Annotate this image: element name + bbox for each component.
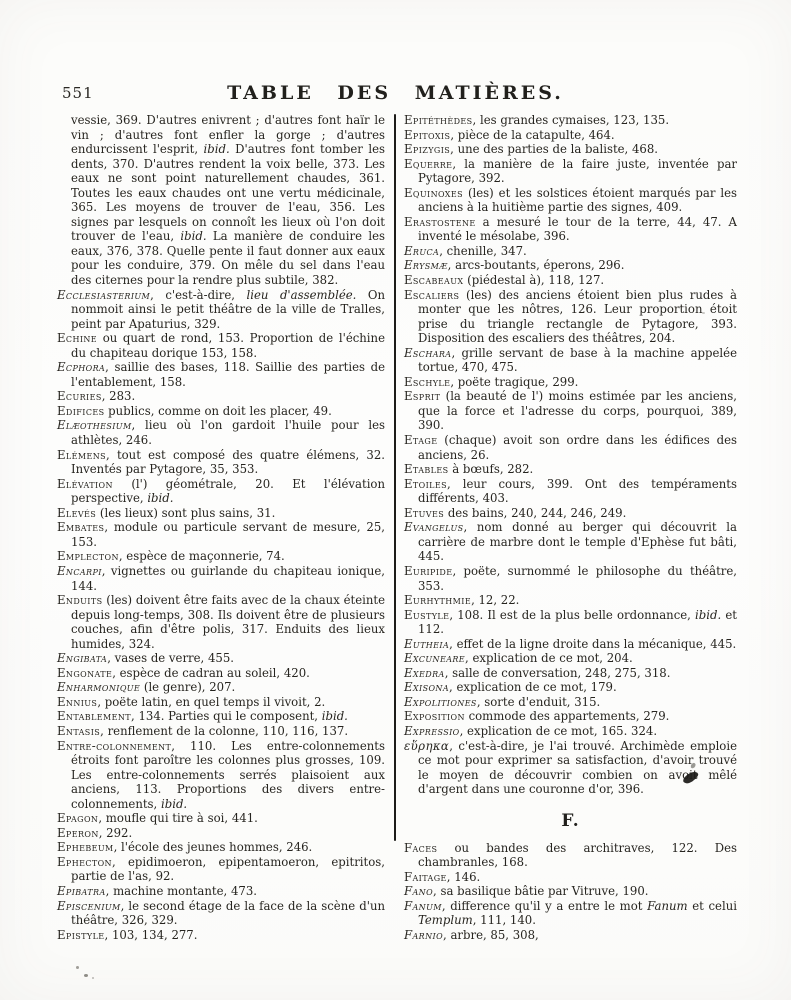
index-entry: Echine ou quart de rond, 153. Proportion… <box>57 331 385 360</box>
index-entry: Enduits (les) doivent être faits avec de… <box>57 593 385 651</box>
entry-text: , c'est-à-dire, je l'ai trouvé. Archimèd… <box>418 739 737 797</box>
index-entry: Etage (chaque) avoit son ordre dans les … <box>404 433 737 462</box>
entry-text: , pièce de la catapulte, 464. <box>450 128 614 142</box>
entry-text: lieu d'assemblée. <box>247 288 357 302</box>
entry-headword: Eschara <box>404 346 452 360</box>
entry-headword: Fanum <box>404 899 442 913</box>
index-entry: Exedra, salle de conversation, 248, 275,… <box>404 666 737 681</box>
entry-headword: Exedra <box>404 666 445 680</box>
entry-headword: Excuneare <box>404 651 465 665</box>
entry-text: ibid. <box>161 797 187 811</box>
index-entry: Ephecton, epidimoeron, epipentamoeron, e… <box>57 855 385 884</box>
index-entry: Etoiles, leur cours, 399. Ont des tempér… <box>404 477 737 506</box>
entry-headword: Ecuries <box>57 389 102 403</box>
entry-text: , explication de ce mot, 165. 324. <box>460 724 657 738</box>
entry-text: (les) et les solstices étoient marqués p… <box>418 186 737 215</box>
column-divider-rule <box>394 114 396 841</box>
index-entry: Ecuries, 283. <box>57 389 385 404</box>
entry-text: ou bandes des architraves, 122. Des cham… <box>418 841 737 870</box>
entry-text: (la beauté de l') moins estimée par les … <box>418 389 737 432</box>
index-entry: Faitage, 146. <box>404 870 737 885</box>
entry-text: , tout est composé des quatre élémens, 3… <box>71 448 385 477</box>
entry-text: , les grandes cymaises, 123, 135. <box>473 113 670 127</box>
index-entry: Entasis, renflement de la colonne, 110, … <box>57 724 385 739</box>
index-entry: Equerre, la manière de la faire juste, i… <box>404 157 737 186</box>
entry-text: (le genre), 207. <box>140 680 235 694</box>
index-entry: Epibatra, machine montante, 473. <box>57 884 385 899</box>
entry-headword: Epizygis <box>404 142 450 156</box>
entry-text: des bains, 240, 244, 246, 249. <box>444 506 626 520</box>
entry-text: , 111, 140. <box>473 913 536 927</box>
index-entry: Engibata, vases de verre, 455. <box>57 651 385 666</box>
entry-headword: Etuves <box>404 506 444 520</box>
entry-text: , arcs-boutants, éperons, 296. <box>448 258 625 272</box>
index-entry: Exisona, explication de ce mot, 179. <box>404 680 737 695</box>
index-entry: Ennius, poëte latin, en quel temps il vi… <box>57 695 385 710</box>
entry-text: , chenille, 347. <box>439 244 527 258</box>
entry-headword: Epibatra <box>57 884 106 898</box>
entry-headword: Encarpi <box>57 564 102 578</box>
index-entry: Ephebeum, l'école des jeunes hommes, 246… <box>57 840 385 855</box>
scan-speck <box>76 966 79 969</box>
entry-text: , nom donné au berger qui découvrit la c… <box>418 520 737 563</box>
entry-headword: Epitéthèdes <box>404 113 473 127</box>
entry-headword: Ecphora <box>57 360 105 374</box>
entry-text: , moufle qui tire à soi, 441. <box>98 811 258 825</box>
entry-text: ibid. <box>695 608 721 622</box>
entry-headword: Fano <box>404 884 433 898</box>
index-entry: Encarpi, vignettes ou guirlande du chapi… <box>57 564 385 593</box>
entry-text: et celui <box>688 899 737 913</box>
entry-headword: Elévation <box>57 477 113 491</box>
entry-headword: Epagon <box>57 811 98 825</box>
index-entry: Eruca, chenille, 347. <box>404 244 737 259</box>
entry-text: ibid. <box>147 491 173 505</box>
entry-text: (les lieux) sont plus sains, 31. <box>96 506 275 520</box>
book-page: 551 TABLE DES MATIÈRES. vessie, 369. D'a… <box>0 0 791 1000</box>
entry-headword: Euripide <box>404 564 452 578</box>
entry-headword: Equerre <box>404 157 452 171</box>
index-entry: Eurhythmie, 12, 22. <box>404 593 737 608</box>
entry-text: Templum <box>418 913 473 927</box>
right-column-entries-bottom: Faces ou bandes des architraves, 122. De… <box>404 841 737 943</box>
entry-text: , vases de verre, 455. <box>107 651 234 665</box>
index-entry: Epistyle, 103, 134, 277. <box>57 928 385 943</box>
entry-text: , poëte latin, en quel temps il vivoit, … <box>97 695 325 709</box>
index-entry: Farnio, arbre, 85, 308, <box>404 928 737 943</box>
entry-text: (les) des anciens étoient bien plus rude… <box>418 288 737 346</box>
entry-headword: Etables <box>404 462 449 476</box>
entry-headword: Ephecton <box>57 855 112 869</box>
entry-text: Fanum <box>647 899 687 913</box>
entry-text: , l'école des jeunes hommes, 246. <box>114 840 313 854</box>
entry-headword: Elæothesium <box>57 418 132 432</box>
entry-headword: Elevés <box>57 506 96 520</box>
entry-text: , 292. <box>99 826 132 840</box>
index-entry: vessie, 369. D'autres enivrent ; d'autre… <box>57 113 385 288</box>
entry-headword: Edifices <box>57 404 104 418</box>
scan-speck <box>92 977 94 979</box>
entry-text: ibid. <box>180 229 206 243</box>
entry-headword: Equinoxes <box>404 186 463 200</box>
index-entry: Etuves des bains, 240, 244, 246, 249. <box>404 506 737 521</box>
index-entry: Esprit (la beauté de l') moins estimée p… <box>404 389 737 433</box>
index-entry: Elévation (l') géométrale, 20. Et l'élév… <box>57 477 385 506</box>
entry-text: , poëte, surnommé le philosophe du théât… <box>418 564 737 593</box>
entry-headword: Exisona <box>404 680 449 694</box>
entry-text: commode des appartements, 279. <box>465 709 670 723</box>
entry-headword: Faitage <box>404 870 447 884</box>
entry-headword: Esprit <box>404 389 440 403</box>
entry-headword: Engibata <box>57 651 107 665</box>
entry-text: , renflement de la colonne, 110, 116, 13… <box>100 724 348 738</box>
right-column: Epitéthèdes, les grandes cymaises, 123, … <box>404 113 737 943</box>
entry-headword: Eurhythmie <box>404 593 471 607</box>
entry-headword: Entre-colonnement <box>57 739 171 753</box>
index-entry: Elæothesium, lieu où l'on gardoit l'huil… <box>57 418 385 447</box>
entry-text: , 12, 22. <box>471 593 519 607</box>
entry-headword: εὕρηκα <box>404 739 449 753</box>
entry-text: , une des parties de la baliste, 468. <box>450 142 658 156</box>
entry-headword: Expressio <box>404 724 460 738</box>
entry-headword: Expolitiones <box>404 695 477 709</box>
entry-text: , vignettes ou guirlande du chapiteau io… <box>71 564 385 593</box>
index-entry: Elevés (les lieux) sont plus sains, 31. <box>57 506 385 521</box>
index-entry: Erastostene a mesuré le tour de la terre… <box>404 215 737 244</box>
index-entry: Epizygis, une des parties de la baliste,… <box>404 142 737 157</box>
entry-headword: Episcenium <box>57 899 121 913</box>
entry-headword: Etage <box>404 433 437 447</box>
right-column-entries-top: Epitéthèdes, les grandes cymaises, 123, … <box>404 113 737 797</box>
index-entry: Eutheia, effet de la ligne droite dans l… <box>404 637 737 652</box>
index-entry: Epitoxis, pièce de la catapulte, 464. <box>404 128 737 143</box>
index-entry: Evangelus, nom donné au berger qui décou… <box>404 520 737 564</box>
index-entry: Fano, sa basilique bâtie par Vitruve, 19… <box>404 884 737 899</box>
page-title: TABLE DES MATIÈRES. <box>0 82 791 104</box>
entry-headword: Emplecton <box>57 549 119 563</box>
entry-headword: Exposition <box>404 709 465 723</box>
entry-text: , 134. Parties qui le composent, <box>131 709 322 723</box>
index-entry: Ecphora, saillie des bases, 118. Saillie… <box>57 360 385 389</box>
entry-headword: Etoiles <box>404 477 447 491</box>
entry-headword: Ecclesiasterium <box>57 288 150 302</box>
entry-text: ou quart de rond, 153. Proportion de l'é… <box>71 331 385 360</box>
index-entry: Eustyle, 108. Il est de la plus belle or… <box>404 608 737 637</box>
entry-text: , espèce de cadran au soleil, 420. <box>112 666 310 680</box>
entry-headword: Epitoxis <box>404 128 450 142</box>
entry-headword: Enharmonique <box>57 680 140 694</box>
index-entry: Expolitiones, sorte d'enduit, 315. <box>404 695 737 710</box>
left-column: vessie, 369. D'autres enivrent ; d'autre… <box>57 113 385 942</box>
index-entry: Edifices publics, comme on doit les plac… <box>57 404 385 419</box>
entry-text: , grille servant de base à la machine ap… <box>418 346 737 375</box>
entry-headword: Echine <box>57 331 97 345</box>
index-entry: Erysmæ, arcs-boutants, éperons, 296. <box>404 258 737 273</box>
index-entry: Equinoxes (les) et les solstices étoient… <box>404 186 737 215</box>
entry-text: ibid. <box>204 142 230 156</box>
entry-text: , 146. <box>447 870 480 884</box>
index-entry: Euripide, poëte, surnommé le philosophe … <box>404 564 737 593</box>
entry-headword: Entablement <box>57 709 131 723</box>
entry-text: ibid. <box>322 709 348 723</box>
index-entry: Ecclesiasterium, c'est-à-dire, lieu d'as… <box>57 288 385 332</box>
index-entry: Fanum, difference qu'il y a entre le mot… <box>404 899 737 928</box>
entry-text: , difference qu'il y a entre le mot <box>442 899 647 913</box>
entry-headword: Escaliers <box>404 288 459 302</box>
index-entry: Enharmonique (le genre), 207. <box>57 680 385 695</box>
index-entry: Escaliers (les) des anciens étoient bien… <box>404 288 737 346</box>
entry-headword: Entasis <box>57 724 100 738</box>
entry-text: , machine montante, 473. <box>106 884 257 898</box>
index-entry: Emplecton, espèce de maçonnerie, 74. <box>57 549 385 564</box>
entry-headword: Ephebeum <box>57 840 114 854</box>
entry-text: , epidimoeron, epipentamoeron, epitritos… <box>71 855 385 884</box>
index-entry: εὕρηκα, c'est-à-dire, je l'ai trouvé. Ar… <box>404 739 737 797</box>
entry-text: , espèce de maçonnerie, 74. <box>119 549 285 563</box>
entry-headword: Eschyle <box>404 375 450 389</box>
entry-headword: Eruca <box>404 244 439 258</box>
entry-text: , 103, 134, 277. <box>105 928 198 942</box>
index-entry: Exposition commode des appartements, 279… <box>404 709 737 724</box>
entry-text: à bœufs, 282. <box>449 462 534 476</box>
entry-text: (piédestal à), 118, 127. <box>463 273 604 287</box>
index-entry: Eschara, grille servant de base à la mac… <box>404 346 737 375</box>
index-entry: Faces ou bandes des architraves, 122. De… <box>404 841 737 870</box>
entry-text: , explication de ce mot, 204. <box>465 651 633 665</box>
entry-text: , c'est-à-dire, <box>150 288 246 302</box>
entry-headword: Eustyle <box>404 608 449 622</box>
entry-text: , effet de la ligne droite dans la mécan… <box>449 637 736 651</box>
entry-text: , la manière de la faire juste, inventée… <box>418 157 737 186</box>
entry-text: , sorte d'enduit, 315. <box>477 695 600 709</box>
index-entry: Eperon, 292. <box>57 826 385 841</box>
index-entry: Eschyle, poëte tragique, 299. <box>404 375 737 390</box>
index-entry: Etables à bœufs, 282. <box>404 462 737 477</box>
entry-headword: Eutheia <box>404 637 449 651</box>
entry-text: , salle de conversation, 248, 275, 318. <box>445 666 671 680</box>
entry-text: publics, comme on doit les placer, 49. <box>104 404 331 418</box>
scan-speck <box>702 312 705 314</box>
entry-headword: Ennius <box>57 695 97 709</box>
entry-text: , sa basilique bâtie par Vitruve, 190. <box>433 884 648 898</box>
index-entry: Excuneare, explication de ce mot, 204. <box>404 651 737 666</box>
entry-headword: Faces <box>404 841 437 855</box>
index-entry: Epitéthèdes, les grandes cymaises, 123, … <box>404 113 737 128</box>
index-entry: Engonate, espèce de cadran au soleil, 42… <box>57 666 385 681</box>
entry-headword: Escabeaux <box>404 273 463 287</box>
scan-speck <box>84 974 88 977</box>
entry-text: , 283. <box>102 389 135 403</box>
entry-text: , saillie des bases, 118. Saillie des pa… <box>71 360 385 389</box>
entry-headword: Erysmæ <box>404 258 448 272</box>
entry-headword: Embates <box>57 520 104 534</box>
entry-text: , arbre, 85, 308, <box>443 928 539 942</box>
entry-headword: Engonate <box>57 666 112 680</box>
entry-headword: Epistyle <box>57 928 105 942</box>
index-entry: Elémens, tout est composé des quatre élé… <box>57 448 385 477</box>
index-entry: Entre-colonnement, 110. Les entre-colonn… <box>57 739 385 812</box>
index-entry: Episcenium, le second étage de la face d… <box>57 899 385 928</box>
entry-headword: Farnio <box>404 928 443 942</box>
index-entry: Embates, module ou particule servant de … <box>57 520 385 549</box>
entry-text: (chaque) avoit son ordre dans les édific… <box>418 433 737 462</box>
section-heading-f: F. <box>404 811 737 831</box>
entry-text: D'autres font tomber les dents, 370. D'a… <box>71 142 385 243</box>
entry-headword: Elémens <box>57 448 106 462</box>
entry-text: (les) doivent être faits avec de la chau… <box>71 593 385 651</box>
entry-text: (l') géométrale, 20. Et l'élévation pers… <box>71 477 385 506</box>
index-entry: Expressio, explication de ce mot, 165. 3… <box>404 724 737 739</box>
entry-headword: Evangelus <box>404 520 463 534</box>
entry-headword: Erastostene <box>404 215 476 229</box>
entry-text: , leur cours, 399. Ont des tempéraments … <box>418 477 737 506</box>
index-entry: Epagon, moufle qui tire à soi, 441. <box>57 811 385 826</box>
index-entry: Escabeaux (piédestal à), 118, 127. <box>404 273 737 288</box>
entry-text: , poëte tragique, 299. <box>450 375 578 389</box>
entry-headword: Enduits <box>57 593 102 607</box>
entry-text: , module ou particule servant de mesure,… <box>71 520 385 549</box>
entry-text: , explication de ce mot, 179. <box>449 680 617 694</box>
entry-headword: Eperon <box>57 826 99 840</box>
index-entry: Entablement, 134. Parties qui le compose… <box>57 709 385 724</box>
entry-text: , 108. Il est de la plus belle ordonnanc… <box>449 608 695 622</box>
